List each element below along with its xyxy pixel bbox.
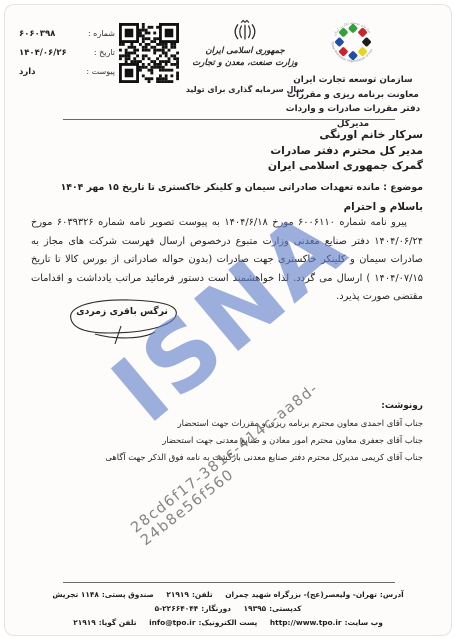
footer-phone-value: ۲۱۹۱۹ (166, 590, 189, 599)
tpo-logo-icon: سازمان توسعه تجارت ایران Trade Promotion… (324, 13, 382, 71)
letter-number-value: ۶۰۶۰۳۹۸ (19, 29, 55, 39)
recipient-block: سرکار خانم اورنگی مدیر کل محترم دفتر صاد… (268, 127, 423, 174)
footer-email-label: پست الکترونیک: (199, 618, 258, 627)
organization-block: سازمان توسعه تجارت ایران Trade Promotion… (277, 13, 429, 131)
footer-phone: تلفن:۲۱۹۱۹ (166, 588, 212, 602)
footer-website-label: وب سایت: (345, 618, 383, 627)
subject-line: موضوع : مانده تعهدات صادراتی سیمان و کلی… (33, 182, 423, 193)
org-dept1: معاونت برنامه ریزی و مقررات (277, 88, 429, 103)
letter-number-label: شماره : (88, 29, 115, 38)
letter-attachment-value: دارد (19, 67, 36, 77)
letter-date-value: ۱۴۰۴/۰۶/۲۶ (19, 48, 67, 58)
letter-page: شماره : ۶۰۶۰۳۹۸ تاریخ : ۱۴۰۴/۰۶/۲۶ پیوست… (4, 4, 452, 636)
footer-postal-label: کدپستی: (269, 604, 301, 613)
org-dept2: دفتر مقررات صادرات و واردات (277, 102, 429, 117)
cc-block: رونوشت: جناب آقای احمدی معاون محترم برنا… (33, 401, 423, 466)
footer-pobox-value: ۱۱۴۸ تجریش (52, 590, 99, 599)
signer-name: نرگس باقری زمردی (57, 306, 187, 317)
footer-pobox-label: صندوق پستی: (102, 590, 154, 599)
cc-item: جناب آقای کریمی مدیرکل محترم دفتر صنایع … (33, 449, 423, 466)
footer-fax-value: ۲۲۶۶۴۰۴۴-۵ (155, 604, 199, 613)
org-name: سازمان توسعه تجارت ایران (277, 73, 429, 88)
recipient-line: گمرک جمهوری اسلامی ایران (268, 158, 423, 174)
iran-emblem-icon (232, 17, 258, 44)
qr-code (119, 23, 179, 83)
footer-address-label: آدرس: (380, 590, 404, 599)
footer-fax-label: دورنگار: (201, 604, 231, 613)
qr-code-icon (119, 23, 179, 83)
cc-item: جناب آقای جعفری معاون محترم امور معادن و… (33, 432, 423, 449)
footer-postal-value: ۱۹۳۹۵ (244, 604, 267, 613)
footer-line-2: وب سایت:http://www.tpo.ir پست الکترونیک:… (15, 616, 441, 630)
footer-postal: کدپستی:۱۹۳۹۵ (244, 602, 302, 616)
recipient-line: مدیر کل محترم دفتر صادرات (268, 143, 423, 159)
footer-fax: دورنگار:۲۲۶۶۴۰۴۴-۵ (155, 602, 231, 616)
footer-address: آدرس:تهران- ولیعصر(عج)- بزرگراه شهید چمر… (225, 588, 403, 602)
footer-pobox: صندوق پستی:۱۱۴۸ تجریش (52, 588, 154, 602)
letter-date-row: تاریخ : ۱۴۰۴/۰۶/۲۶ (19, 48, 115, 58)
footer-email: پست الکترونیک:info@tpo.ir (149, 616, 257, 630)
letter-attachment-label: پیوست : (86, 67, 115, 76)
footer-voice-phone-value: ۲۱۹۱۹ (73, 618, 96, 627)
footer-line-1: آدرس:تهران- ولیعصر(عج)- بزرگراه شهید چمر… (15, 588, 441, 616)
recipient-line: سرکار خانم اورنگی (268, 127, 423, 143)
letter-date-label: تاریخ : (94, 48, 115, 57)
signature-block: نرگس باقری زمردی (57, 293, 187, 347)
footer-address-value: تهران- ولیعصر(عج)- بزرگراه شهید چمران (225, 590, 377, 599)
footer-divider (63, 582, 395, 583)
footer-voice-phone-label: تلفن گویا: (99, 618, 137, 627)
footer-website: وب سایت:http://www.tpo.ir (270, 616, 383, 630)
footer-website-value: http://www.tpo.ir (270, 618, 342, 627)
letter-attachment-row: پیوست : دارد (19, 67, 115, 77)
salutation: باسلام و احترام (344, 201, 423, 213)
letter-meta-block: شماره : ۶۰۶۰۳۹۸ تاریخ : ۱۴۰۴/۰۶/۲۶ پیوست… (19, 29, 115, 86)
signature-scribble-icon (57, 293, 187, 347)
header-divider (63, 119, 395, 120)
letter-number-row: شماره : ۶۰۶۰۳۹۸ (19, 29, 115, 39)
footer-block: آدرس:تهران- ولیعصر(عج)- بزرگراه شهید چمر… (15, 588, 441, 630)
cc-title: رونوشت: (33, 401, 423, 411)
footer-voice-phone: تلفن گویا:۲۱۹۱۹ (73, 616, 136, 630)
cc-item: جناب آقای احمدی معاون محترم برنامه ریزی … (33, 415, 423, 432)
footer-phone-label: تلفن: (192, 590, 213, 599)
footer-email-value: info@tpo.ir (149, 618, 195, 627)
